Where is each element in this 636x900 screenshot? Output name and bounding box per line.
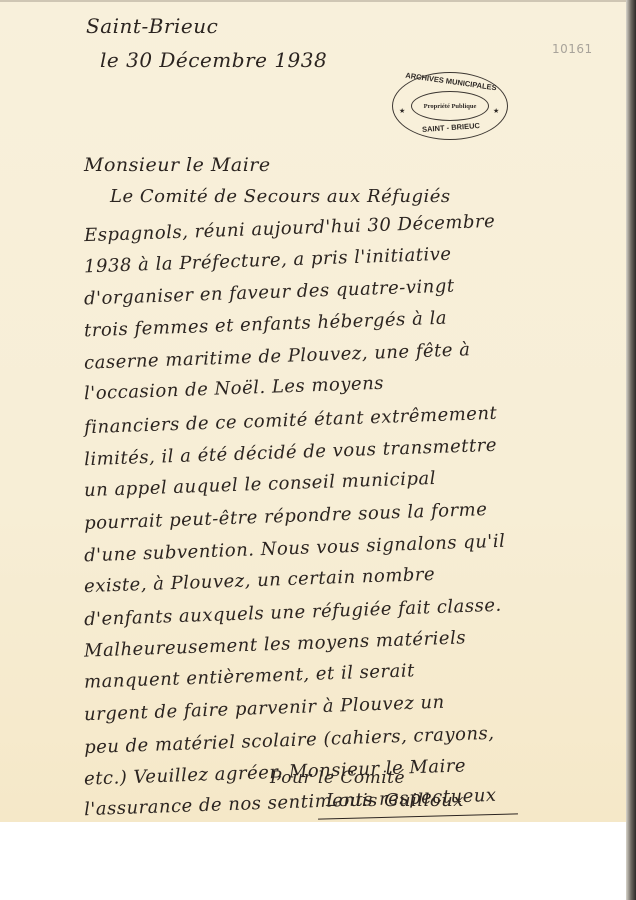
body-line: peu de matériel scolaire (cahiers, crayo… [84,723,495,758]
body-line: trois femmes et enfants hébergés à la [84,308,448,342]
body-line: Malheureusement les moyens matériels [84,627,467,661]
star-icon: ★ [493,107,499,115]
body-line: caserne maritime de Plouvez, une fête à [84,339,471,373]
letter-date: le 30 Décembre 1938 [100,48,327,72]
scan-edge [626,0,636,900]
salutation: Monsieur le Maire [84,154,271,176]
body-line: 1938 à la Préfecture, a pris l'initiativ… [84,244,452,278]
body-line: manquent entièrement, et il serait [84,660,415,693]
body-line: d'une subvention. Nous vous signalons qu… [84,531,506,567]
closing-line: Pour le Comité [270,768,405,788]
body-line: urgent de faire parvenir à Plouvez un [84,692,445,726]
body-line: un appel auquel le conseil municipal [84,468,437,501]
letter-place: Saint-Brieuc [86,14,218,38]
scan-background [0,822,626,900]
body-line: Le Comité de Secours aux Réfugiés [110,186,451,207]
body-line: d'organiser en faveur des quatre-vingt [84,276,455,310]
archive-number: 10161 [552,42,593,56]
letter-sheet: Saint-Brieuc le 30 Décembre 1938 10161 A… [0,0,626,824]
stamp-top-text: ARCHIVES MUNICIPALES [403,70,499,92]
body-line: l'occasion de Noël. Les moyens [84,373,385,404]
star-icon: ★ [399,107,405,115]
stamp-middle-text: Propriété Publique [424,103,477,110]
signature: Louis Guilloux [326,790,464,811]
body-line: d'enfants auxquels une réfugiée fait cla… [84,595,502,631]
body-line: limités, il a été décidé de vous transme… [84,435,498,470]
stamp-bottom-text: SAINT - BRIEUC [415,120,487,134]
archives-stamp: ARCHIVES MUNICIPALES Propriété Publique … [392,72,508,140]
body-line: pourrait peut-être répondre sous la form… [84,499,488,534]
body-line: existe, à Plouvez, un certain nombre [84,564,436,597]
body-line: Espagnols, réuni aujourd'hui 30 Décembre [84,211,496,246]
body-line: financiers de ce comité étant extrêmemen… [84,403,498,438]
stamp-inner-oval: Propriété Publique [411,91,489,121]
